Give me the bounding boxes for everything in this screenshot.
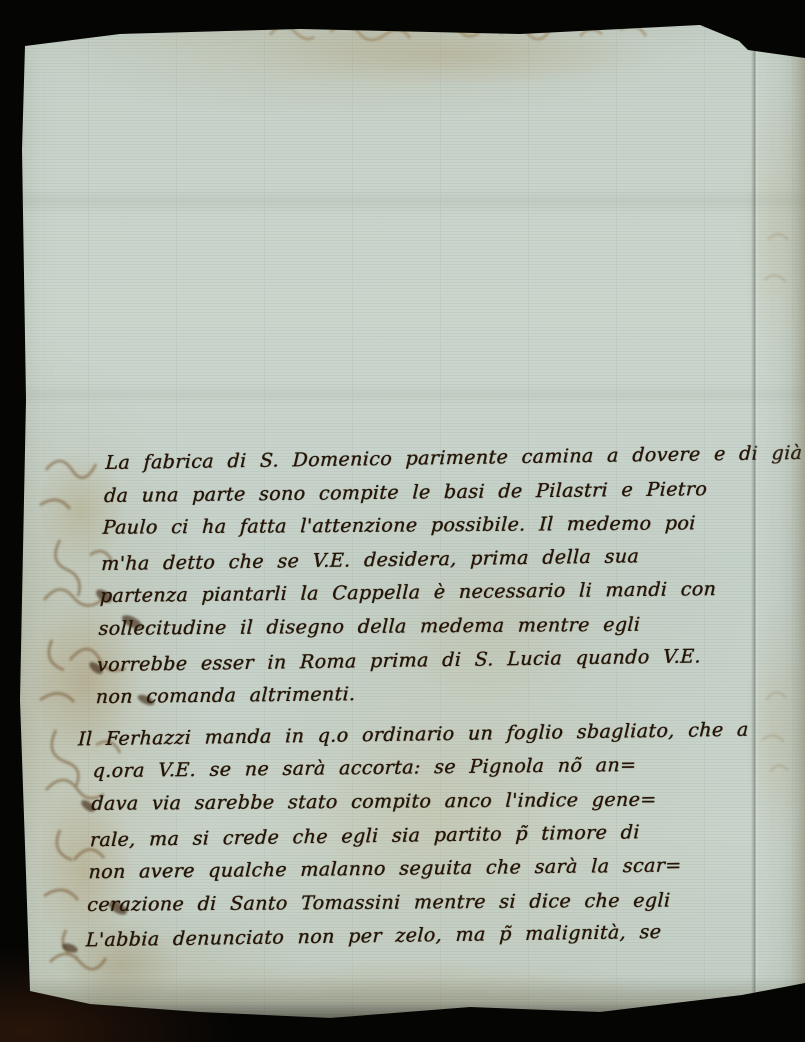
stain (240, 26, 660, 86)
fold-band (0, 384, 805, 406)
top-docket-faded (270, 21, 646, 40)
fold-band (0, 188, 805, 214)
paragraph-2: Il Ferhazzi manda in q.o ordinario un fo… (85, 714, 763, 957)
manuscript-scan: La fabrica di S. Domenico parimente cami… (0, 0, 805, 1042)
stain (740, 80, 805, 380)
paper-sheet: La fabrica di S. Domenico parimente cami… (0, 0, 805, 1042)
letter-body: La fabrica di S. Domenico parimente cami… (85, 438, 774, 957)
bottom-edge-shadow (18, 976, 805, 1022)
paragraph-1: La fabrica di S. Domenico parimente cami… (95, 438, 774, 714)
stain (140, 960, 660, 1010)
